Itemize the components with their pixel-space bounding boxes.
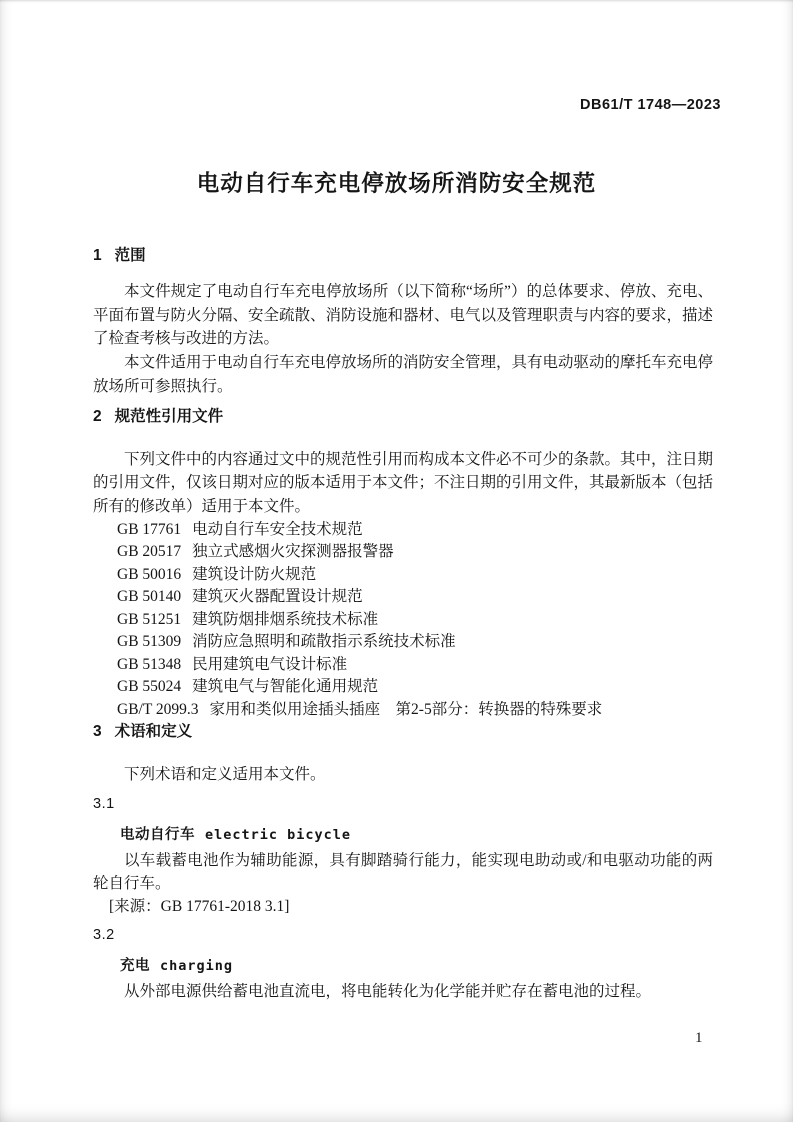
- term-name-en: charging: [160, 958, 233, 974]
- section-3-heading: 3术语和定义: [93, 723, 713, 741]
- reference-code: GB 51309: [117, 631, 181, 654]
- reference-item: GB 50140建筑灭火器配置设计规范: [93, 586, 713, 609]
- doc-number: DB61/T 1748—2023: [580, 97, 721, 113]
- reference-title: 建筑设计防火规范: [192, 566, 316, 583]
- reference-title: 家用和类似用途插头插座 第2-5部分：转换器的特殊要求: [210, 701, 603, 718]
- reference-item: GB 20517独立式感烟火灾探测器报警器: [93, 541, 713, 564]
- reference-title: 建筑防烟排烟系统技术标准: [192, 611, 378, 628]
- reference-title: 独立式感烟火灾探测器报警器: [192, 543, 394, 560]
- reference-item: GB 51348民用建筑电气设计标准: [93, 654, 713, 677]
- reference-title: 建筑电气与智能化通用规范: [192, 678, 378, 695]
- reference-item: GB 51251建筑防烟排烟系统技术标准: [93, 609, 713, 632]
- term-heading: 充电charging: [93, 956, 713, 976]
- reference-item: GB 51309消防应急照明和疏散指示系统技术标准: [93, 631, 713, 654]
- term-heading: 电动自行车electric bicycle: [93, 825, 713, 845]
- reference-title: 建筑灭火器配置设计规范: [192, 588, 363, 605]
- reference-code: GB 55024: [117, 676, 181, 699]
- reference-title: 消防应急照明和疏散指示系统技术标准: [192, 633, 456, 650]
- term-definition: 以车载蓄电池作为辅助能源，具有脚踏骑行能力，能实现电助动或/和电驱动功能的两轮自…: [93, 849, 713, 895]
- reference-item: GB/T 2099.3家用和类似用途插头插座 第2-5部分：转换器的特殊要求: [93, 699, 713, 722]
- section-1-paragraph: 本文件规定了电动自行车充电停放场所（以下简称“场所”）的总体要求、停放、充电、平…: [93, 280, 713, 351]
- document-page: DB61/T 1748—2023 电动自行车充电停放场所消防安全规范 1范围 本…: [0, 0, 793, 1122]
- section-3-heading-label: 术语和定义: [115, 723, 193, 740]
- section-1-paragraph: 本文件适用于电动自行车充电停放场所的消防安全管理，具有电动驱动的摩托车充电停放场…: [93, 351, 713, 398]
- term-entry: 3.2 充电charging 从外部电源供给蓄电池直流电，将电能转化为化学能并贮…: [93, 926, 713, 1003]
- term-name-en: electric bicycle: [205, 827, 351, 843]
- term-number: 3.1: [93, 795, 713, 813]
- reference-list: GB 17761电动自行车安全技术规范 GB 20517独立式感烟火灾探测器报警…: [93, 519, 713, 722]
- reference-item: GB 50016建筑设计防火规范: [93, 564, 713, 587]
- section-2-number: 2: [93, 408, 102, 426]
- term-definition: 从外部电源供给蓄电池直流电，将电能转化为化学能并贮存在蓄电池的过程。: [93, 980, 713, 1003]
- section-1-heading-label: 范围: [115, 247, 146, 264]
- term-name-cn: 充电: [120, 958, 150, 974]
- section-2-heading: 2规范性引用文件: [93, 408, 713, 426]
- reference-item: GB 55024建筑电气与智能化通用规范: [93, 676, 713, 699]
- reference-title: 电动自行车安全技术规范: [192, 521, 363, 538]
- section-1-heading: 1范围: [93, 247, 713, 265]
- reference-code: GB 51251: [117, 609, 181, 632]
- reference-code: GB 51348: [117, 654, 181, 677]
- section-1-number: 1: [93, 247, 102, 265]
- term-number: 3.2: [93, 926, 713, 944]
- term-entry: 3.1 电动自行车electric bicycle 以车载蓄电池作为辅助能源，具…: [93, 795, 713, 918]
- reference-item: GB 17761电动自行车安全技术规范: [93, 519, 713, 542]
- page-title: 电动自行车充电停放场所消防安全规范: [0, 166, 793, 198]
- section-3-intro: 下列术语和定义适用本文件。: [93, 763, 713, 787]
- reference-code: GB 20517: [117, 541, 181, 564]
- reference-code: GB 50140: [117, 586, 181, 609]
- reference-title: 民用建筑电气设计标准: [192, 656, 347, 673]
- section-3-number: 3: [93, 723, 102, 741]
- reference-code: GB 50016: [117, 564, 181, 587]
- reference-code: GB/T 2099.3: [117, 699, 199, 722]
- page-number: 1: [695, 1030, 703, 1047]
- document-body: 1范围 本文件规定了电动自行车充电停放场所（以下简称“场所”）的总体要求、停放、…: [93, 247, 713, 1003]
- term-name-cn: 电动自行车: [120, 827, 195, 843]
- reference-code: GB 17761: [117, 519, 181, 542]
- section-2-heading-label: 规范性引用文件: [115, 408, 224, 425]
- term-source: [来源：GB 17761-2018 3.1]: [93, 895, 713, 918]
- section-2-intro: 下列文件中的内容通过文中的规范性引用而构成本文件必不可少的条款。其中，注日期的引…: [93, 448, 713, 519]
